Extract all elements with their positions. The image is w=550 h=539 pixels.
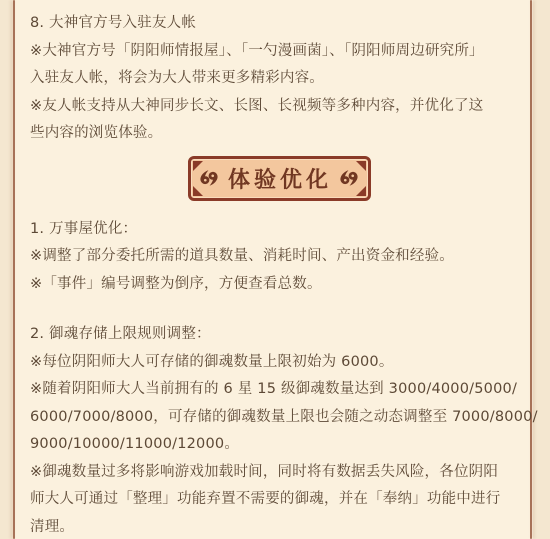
section-friend-account: 8. 大神官方号入驻友人帐 ※大神官方号「阴阳师情报屋」、「一勺漫画菌」、「阴阳…	[30, 10, 528, 148]
text-line: 入驻友人帐，将会为大人带来更多精彩内容。	[30, 65, 528, 93]
right-border-line	[530, 0, 532, 539]
announcement-content: 8. 大神官方号入驻友人帐 ※大神官方号「阴阳师情报屋」、「一勺漫画菌」、「阴阳…	[30, 10, 528, 539]
text-line: 清理。	[30, 514, 528, 539]
announcement-page: 8. 大神官方号入驻友人帐 ※大神官方号「阴阳师情报屋」、「一勺漫画菌」、「阴阳…	[0, 0, 550, 539]
right-page-margin	[533, 0, 550, 539]
text-line: ※大神官方号「阴阳师情报屋」、「一勺漫画菌」、「阴阳师周边研究所」	[30, 38, 528, 66]
text-line: ※御魂数量过多将影响游戏加载时间，同时将有数据丢失风险，各位阴阳	[30, 459, 528, 487]
banner-wrap: 体验优化	[30, 156, 528, 201]
tomoe-swirl-icon	[338, 169, 360, 187]
corner-ornament-bottom-left-icon	[193, 186, 203, 196]
text-line: 9000/10000/11000/12000。	[30, 431, 528, 459]
text-line: ※「事件」编号调整为倒序，方便查看总数。	[30, 271, 528, 299]
left-page-margin	[0, 0, 13, 539]
corner-ornament-bottom-right-icon	[356, 186, 366, 196]
text-line: ※每位阴阳师大人可存储的御魂数量上限初始为 6000。	[30, 349, 528, 377]
section-wanshiwu-optimization: 1. 万事屋优化： ※调整了部分委托所需的道具数量、消耗时间、产出资金和经验。 …	[30, 216, 528, 299]
text-line: 2. 御魂存储上限规则调整：	[30, 321, 528, 349]
text-line: ※调整了部分委托所需的道具数量、消耗时间、产出资金和经验。	[30, 243, 528, 271]
text-line: 6000/7000/8000，可存储的御魂数量上限也会随之动态调整至 7000/…	[30, 404, 528, 432]
section-yuhun-storage-rules: 2. 御魂存储上限规则调整： ※每位阴阳师大人可存储的御魂数量上限初始为 600…	[30, 321, 528, 539]
text-line: 些内容的浏览体验。	[30, 120, 528, 148]
tomoe-swirl-icon	[198, 169, 220, 187]
text-line: 1. 万事屋优化：	[30, 216, 528, 244]
corner-ornament-top-right-icon	[356, 161, 366, 171]
text-line: ※友人帐支持从大神同步长文、长图、长视频等多种内容，并优化了这	[30, 93, 528, 121]
corner-ornament-top-left-icon	[193, 161, 203, 171]
text-line: 师大人可通过「整理」功能弃置不需要的御魂，并在「奉纳」功能中进行	[30, 486, 528, 514]
left-border-line	[13, 0, 15, 539]
text-line: ※随着阴阳师大人当前拥有的 6 星 15 级御魂数量达到 3000/4000/5…	[30, 376, 528, 404]
text-line: 8. 大神官方号入驻友人帐	[30, 10, 528, 38]
banner-title: 体验优化	[226, 163, 332, 194]
experience-optimization-banner: 体验优化	[188, 156, 371, 201]
